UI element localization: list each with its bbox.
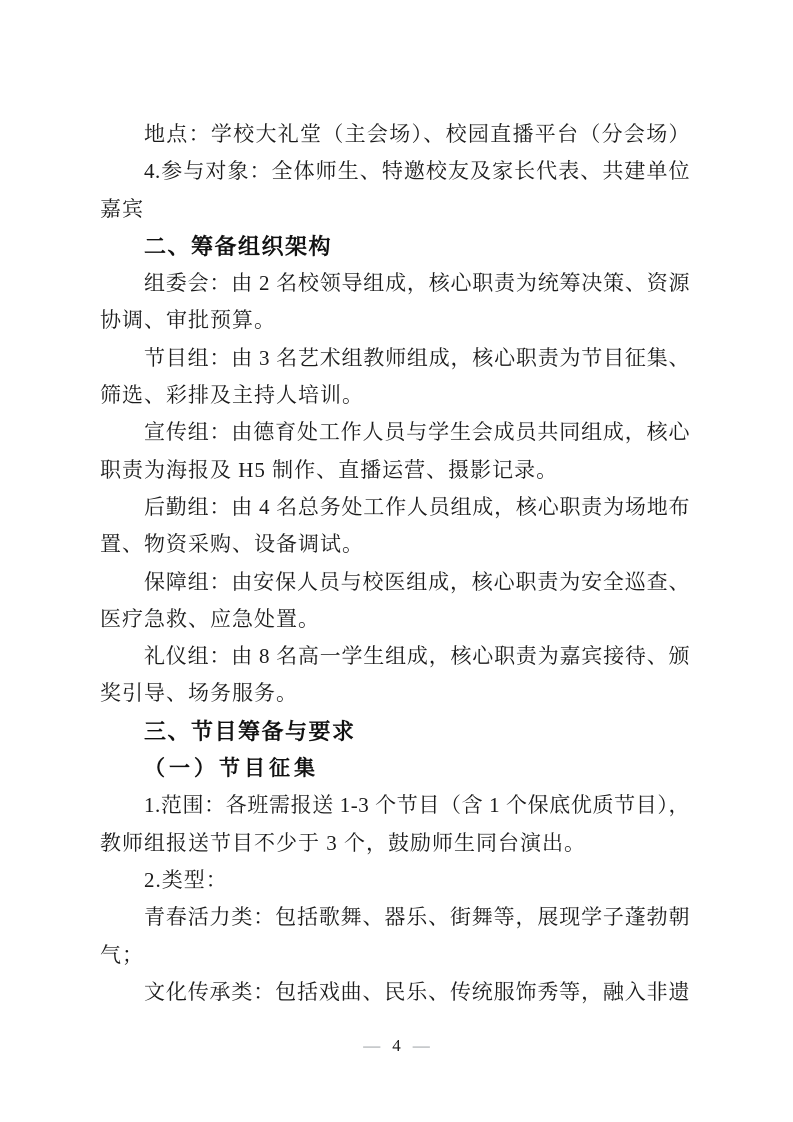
document-page: 地点：学校大礼堂（主会场）、校园直播平台（分会场） 4.参与对象：全体师生、特邀… xyxy=(0,0,793,1122)
text-line: 文化传承类：包括戏曲、民乐、传统服饰秀等，融入非遗 xyxy=(100,974,690,1011)
heading-section-3: 三、节目筹备与要求 xyxy=(100,713,690,750)
text-line: 后勤组：由 4 名总务处工作人员组成，核心职责为场地布 xyxy=(100,489,690,526)
page-number-dash-right: — xyxy=(413,1036,430,1055)
text-line: 组委会：由 2 名校领导组成，核心职责为统筹决策、资源 xyxy=(100,265,690,302)
text-line: 4.参与对象：全体师生、特邀校友及家长代表、共建单位 xyxy=(100,153,690,190)
text-line: 职责为海报及 H5 制作、直播运营、摄影记录。 xyxy=(100,452,690,489)
text-line: 医疗急救、应急处置。 xyxy=(100,601,690,638)
text-line: 青春活力类：包括歌舞、器乐、街舞等，展现学子蓬勃朝 xyxy=(100,899,690,936)
document-body: 地点：学校大礼堂（主会场）、校园直播平台（分会场） 4.参与对象：全体师生、特邀… xyxy=(100,116,690,1011)
page-number-dash-left: — xyxy=(363,1036,380,1055)
page-footer: —4— xyxy=(0,1033,793,1059)
text-line: 礼仪组：由 8 名高一学生组成，核心职责为嘉宾接待、颁 xyxy=(100,638,690,675)
text-line: 宣传组：由德育处工作人员与学生会成员共同组成，核心 xyxy=(100,414,690,451)
text-line: 嘉宾 xyxy=(100,191,690,228)
text-line: 奖引导、场务服务。 xyxy=(100,675,690,712)
text-line: 协调、审批预算。 xyxy=(100,302,690,339)
text-line: 置、物资采购、设备调试。 xyxy=(100,526,690,563)
heading-section-2: 二、筹备组织架构 xyxy=(100,228,690,265)
page-number: 4 xyxy=(392,1036,401,1055)
text-line: 1.范围：各班需报送 1-3 个节目（含 1 个保底优质节目）， xyxy=(100,787,690,824)
text-line: 教师组报送节目不少于 3 个，鼓励师生同台演出。 xyxy=(100,825,690,862)
text-line: 气； xyxy=(100,937,690,974)
text-line: 保障组：由安保人员与校医组成，核心职责为安全巡查、 xyxy=(100,564,690,601)
heading-subsection-1: （一）节目征集 xyxy=(100,750,690,787)
text-line: 2.类型： xyxy=(100,862,690,899)
text-line: 节目组：由 3 名艺术组教师组成，核心职责为节目征集、 xyxy=(100,340,690,377)
text-line: 筛选、彩排及主持人培训。 xyxy=(100,377,690,414)
text-line: 地点：学校大礼堂（主会场）、校园直播平台（分会场） xyxy=(100,116,690,153)
